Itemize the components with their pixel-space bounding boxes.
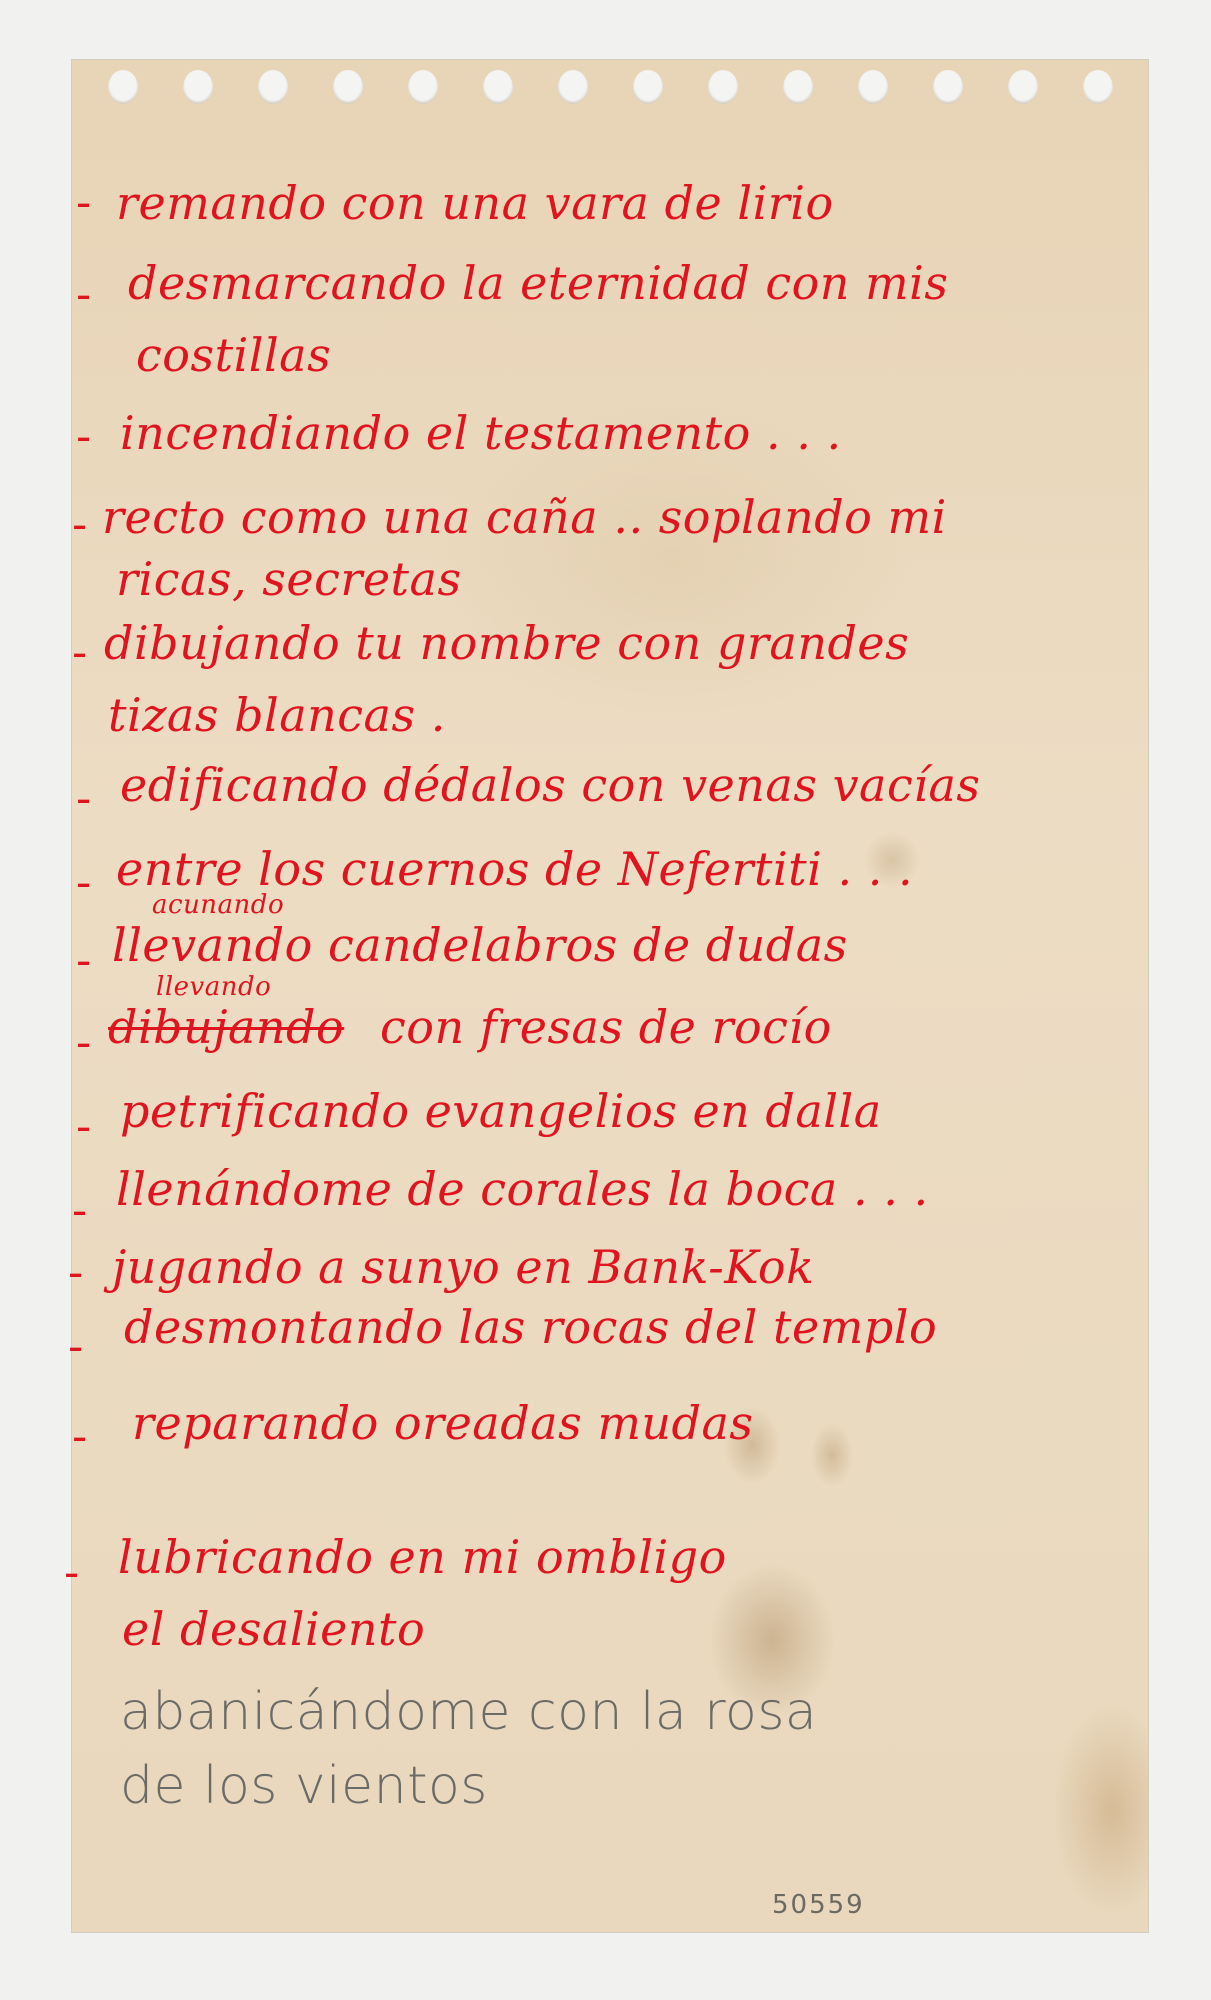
manuscript-line: reparando oreadas mudas — [132, 1400, 754, 1446]
manuscript-line: tizas blancas . — [108, 692, 446, 738]
line-dash: - — [68, 1322, 83, 1371]
manuscript-page: - remando con una vara de lirio - desmar… — [72, 60, 1148, 1932]
line-dash: - — [64, 1548, 79, 1597]
manuscript-line: petrificando evangelios en dalla — [120, 1088, 882, 1134]
handwritten-text: - remando con una vara de lirio - desmar… — [72, 60, 1148, 1932]
struck-word: dibujando — [108, 1004, 344, 1050]
manuscript-line: lubricando en mi ombligo — [118, 1534, 727, 1580]
line-dash: - — [72, 500, 87, 549]
line-dash: - — [76, 774, 91, 823]
manuscript-line: incendiando el testamento . . . — [120, 410, 842, 456]
line-dash: - — [76, 858, 91, 907]
line-dash: - — [76, 1102, 91, 1151]
line-dash: - — [76, 412, 91, 461]
manuscript-line: jugando a sunyo en Bank-Kok — [112, 1244, 815, 1290]
line-dash: - — [76, 270, 91, 319]
manuscript-line: dibujando tu nombre con grandes — [104, 620, 909, 666]
manuscript-line: con fresas de rocío — [380, 1004, 832, 1050]
manuscript-line: llenándome de corales la boca . . . — [116, 1166, 929, 1212]
manuscript-line: costillas — [136, 332, 331, 378]
pencil-line: de los vientos — [120, 1760, 488, 1812]
manuscript-line: ricas, secretas — [116, 556, 462, 602]
manuscript-line: desmontando las rocas del templo — [124, 1304, 937, 1350]
manuscript-line: edificando dédalos con venas vacías — [120, 762, 980, 808]
line-dash: - — [76, 1018, 91, 1067]
line-dash: - — [68, 1248, 83, 1297]
interlinear-insertion: llevando — [156, 974, 271, 1000]
catalog-number: 50559 — [772, 1890, 865, 1920]
line-dash: - — [76, 936, 91, 985]
manuscript-line: recto como una caña .. soplando mi — [102, 494, 947, 540]
pencil-line: abanicándome con la rosa — [120, 1686, 817, 1738]
manuscript-line: el desaliento — [122, 1606, 425, 1652]
manuscript-line: desmarcando la eternidad con mis — [128, 260, 948, 306]
line-dash: - — [76, 178, 91, 227]
line-dash: - — [72, 1186, 87, 1235]
line-dash: - — [72, 628, 87, 677]
manuscript-line: entre los cuernos de Nefertiti . . . — [116, 846, 913, 892]
manuscript-line: llevando candelabros de dudas — [112, 922, 848, 968]
line-dash: - — [72, 1412, 87, 1461]
manuscript-line: remando con una vara de lirio — [116, 180, 834, 226]
interlinear-insertion: acunando — [152, 892, 284, 918]
